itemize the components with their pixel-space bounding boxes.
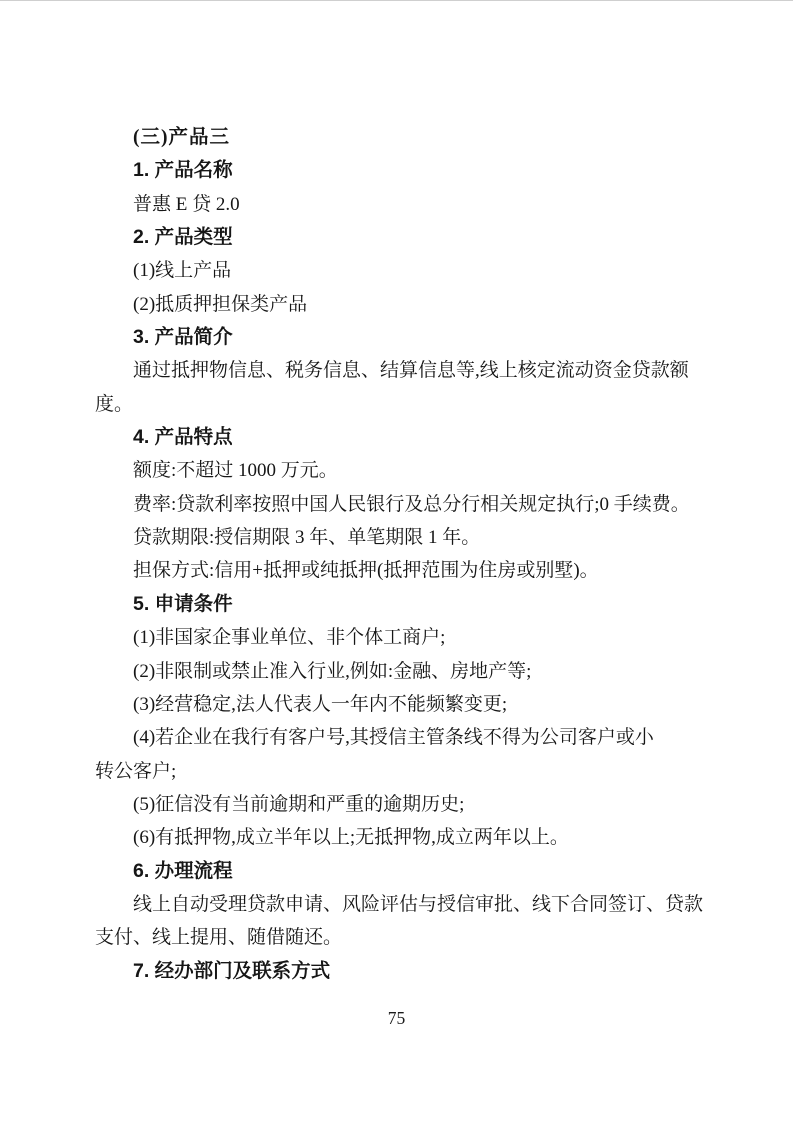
- text-line: (4)若企业在我行有客户号,其授信主管条线不得为公司客户或小: [95, 721, 695, 754]
- text-line: (1)非国家企事业单位、非个体工商户;: [95, 621, 695, 654]
- text-line: (2)非限制或禁止准入行业,例如:金融、房地产等;: [95, 655, 695, 688]
- section-heading: 2. 产品类型: [95, 221, 695, 254]
- text-line: (5)征信没有当前逾期和严重的逾期历史;: [95, 788, 695, 821]
- text-line: (1)线上产品: [95, 254, 695, 287]
- document-body: (三)产品三1. 产品名称普惠 E 贷 2.02. 产品类型(1)线上产品(2)…: [95, 121, 695, 988]
- text-line: 支付、线上提用、随借随还。: [95, 921, 695, 954]
- text-line: 贷款期限:授信期限 3 年、单笔期限 1 年。: [95, 521, 695, 554]
- document-page: (三)产品三1. 产品名称普惠 E 贷 2.02. 产品类型(1)线上产品(2)…: [0, 0, 793, 1122]
- text-line: 额度:不超过 1000 万元。: [95, 454, 695, 487]
- section-heading: 1. 产品名称: [95, 154, 695, 187]
- text-line: 通过抵押物信息、税务信息、结算信息等,线上核定流动资金贷款额: [95, 354, 695, 387]
- text-line: 担保方式:信用+抵押或纯抵押(抵押范围为住房或别墅)。: [95, 554, 695, 587]
- section-heading: 6. 办理流程: [95, 855, 695, 888]
- text-line: (3)经营稳定,法人代表人一年内不能频繁变更;: [95, 688, 695, 721]
- text-line: (2)抵质押担保类产品: [95, 288, 695, 321]
- section-heading: 4. 产品特点: [95, 421, 695, 454]
- text-line: 普惠 E 贷 2.0: [95, 188, 695, 221]
- section-heading: 7. 经办部门及联系方式: [95, 955, 695, 988]
- text-line: (6)有抵押物,成立半年以上;无抵押物,成立两年以上。: [95, 821, 695, 854]
- section-heading: 5. 申请条件: [95, 588, 695, 621]
- scan-edge-artifact: [0, 0, 793, 1]
- text-line: 费率:贷款利率按照中国人民银行及总分行相关规定执行;0 手续费。: [95, 488, 695, 521]
- section-heading: (三)产品三: [95, 121, 695, 154]
- section-heading: 3. 产品简介: [95, 321, 695, 354]
- text-line: 转公客户;: [95, 755, 695, 788]
- page-number: 75: [0, 1006, 793, 1030]
- text-line: 度。: [95, 388, 695, 421]
- text-line: 线上自动受理贷款申请、风险评估与授信审批、线下合同签订、贷款: [95, 888, 695, 921]
